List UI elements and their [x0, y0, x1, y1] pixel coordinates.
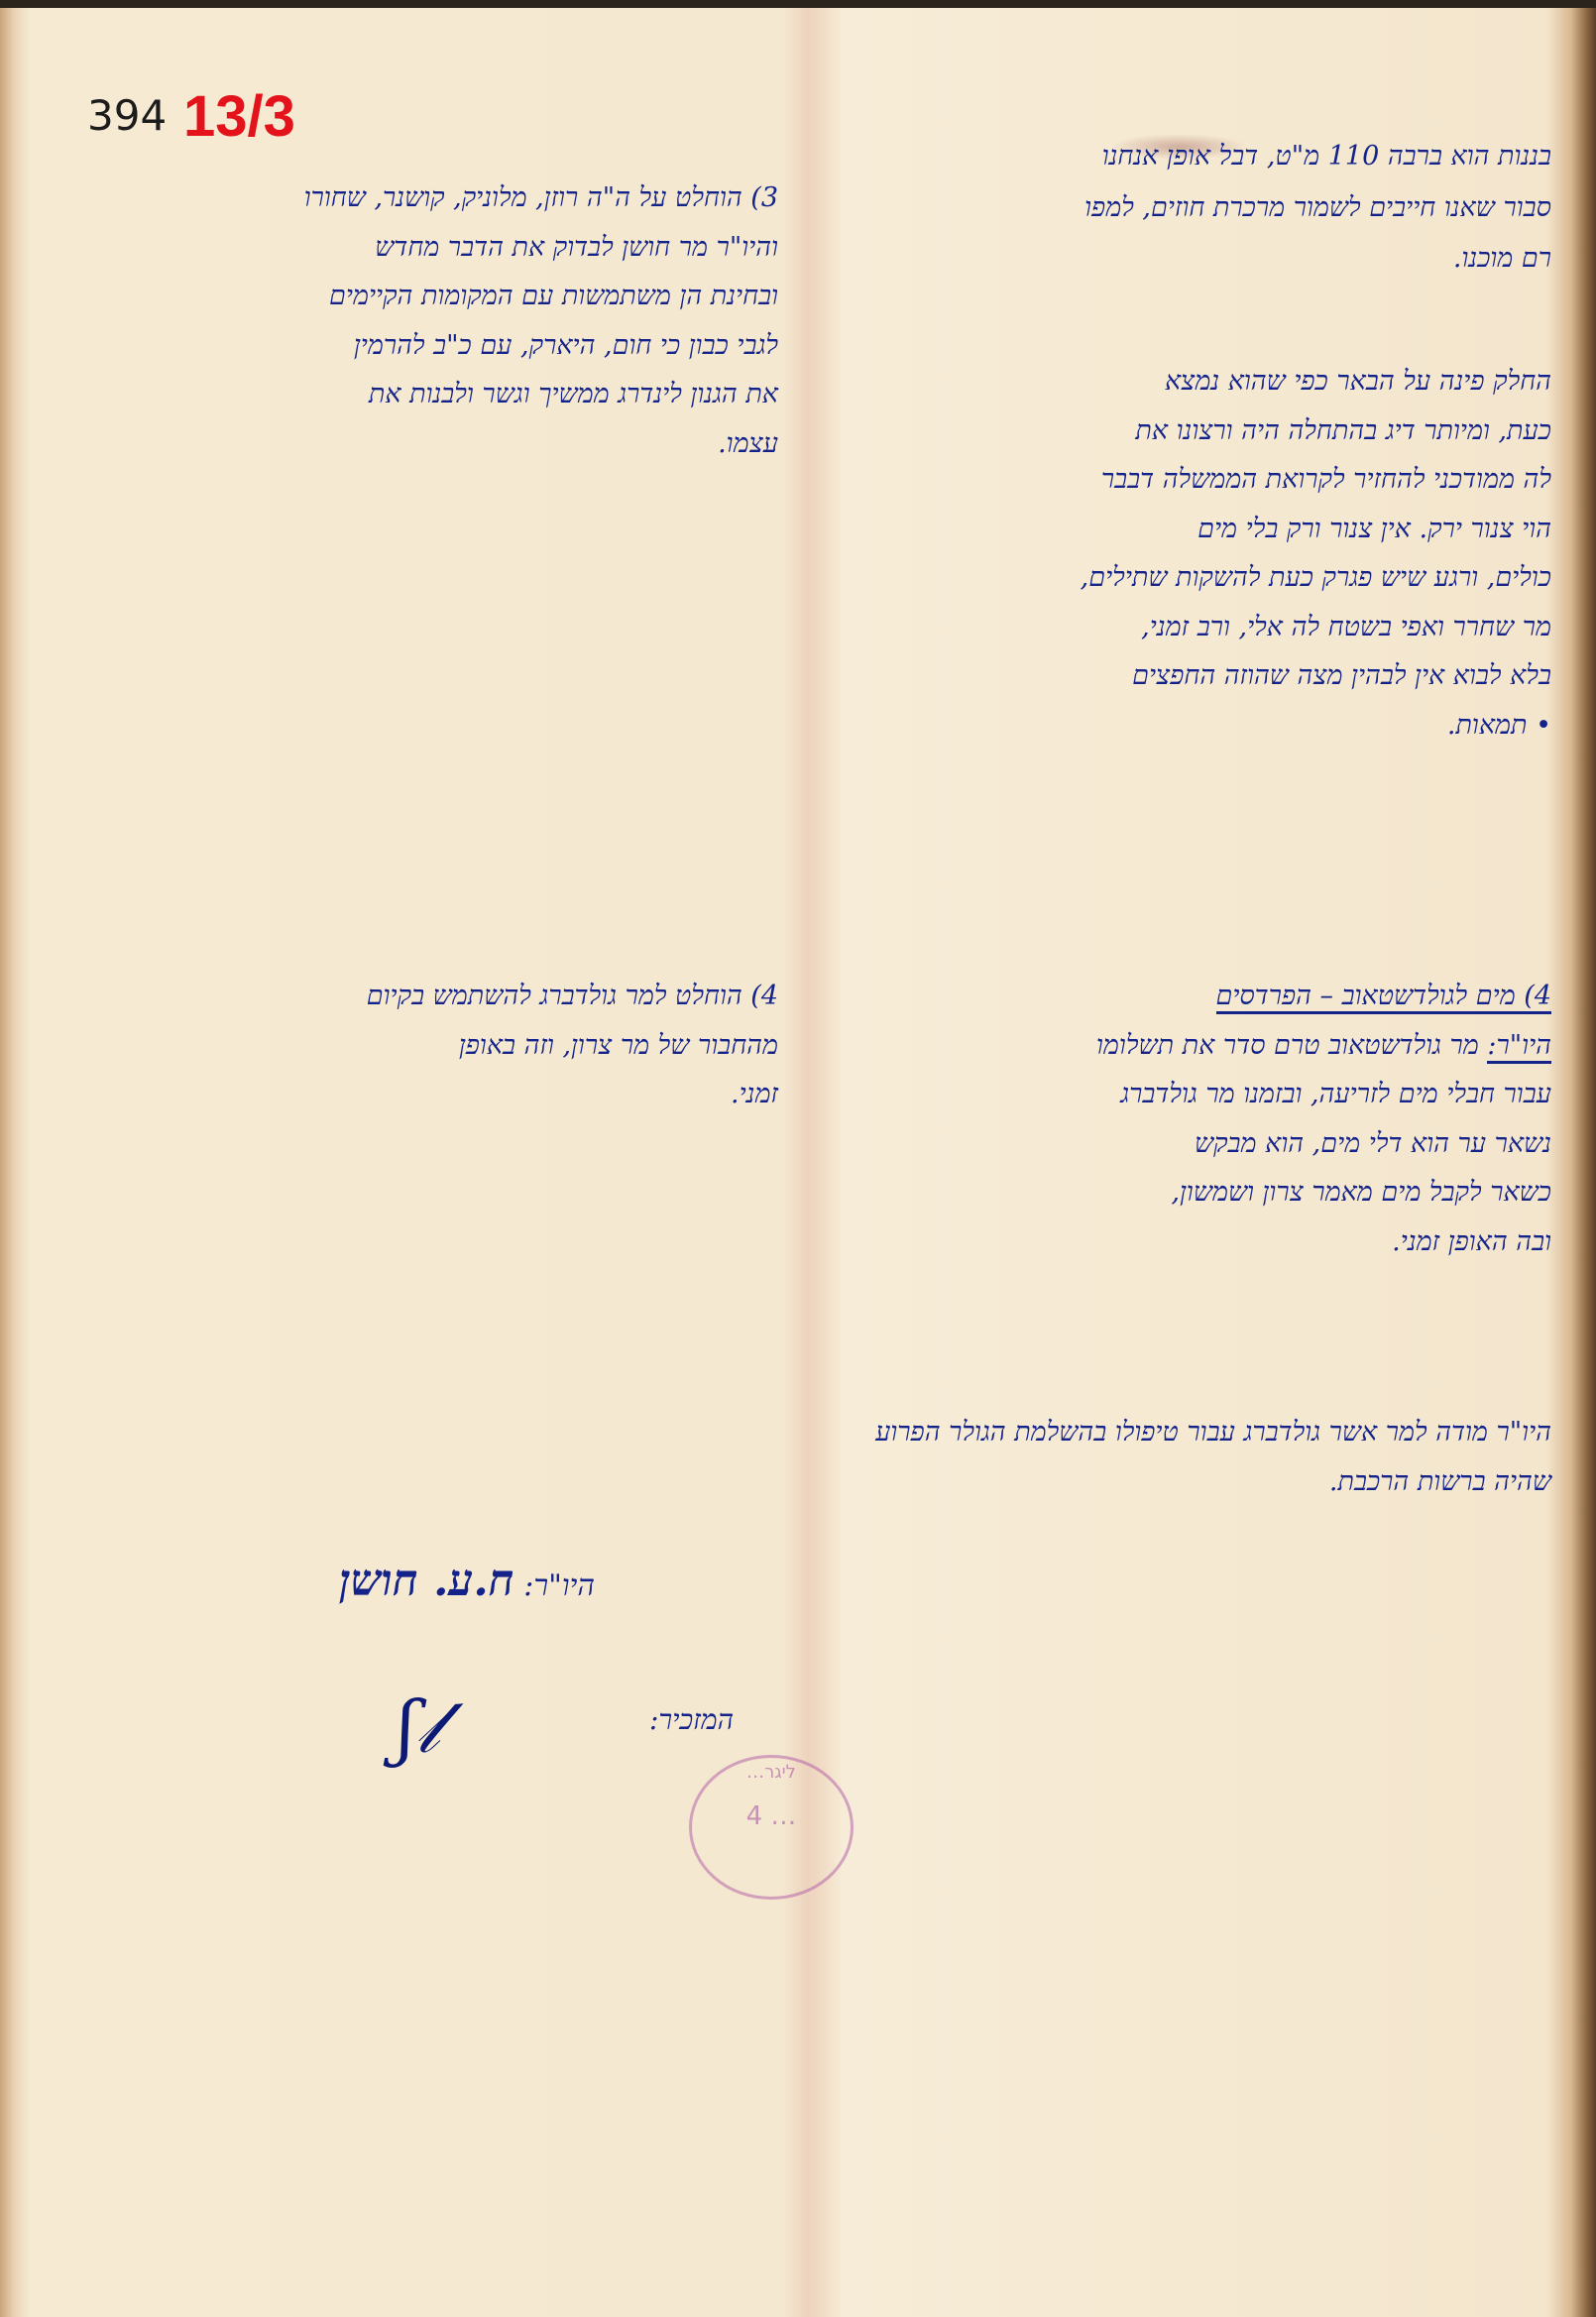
right-column: בננות הוא ברבה 110 מ"ט, דבל אופן אנחנו ס… — [838, 107, 1551, 308]
text-line: לגבי כבון כי חום, היארק, עם כ"ב להרמין — [45, 321, 778, 371]
text-line: כשאר לקבל מים מאמר צרון ושמשון, — [818, 1168, 1551, 1217]
text-line: זמני. — [45, 1070, 778, 1119]
text-line: נשאר ער הוא דלי מים, הוא מבקש — [818, 1119, 1551, 1169]
stamp-top-text: …ליגר — [692, 1758, 851, 1788]
secretary-signature: ʃ𝓁 — [397, 1685, 439, 1771]
text-line: החלק פינה על הבאר כפי שהוא נמצא — [818, 357, 1551, 406]
secretary-sign-line: המזכיר: — [555, 1690, 734, 1750]
section-heading-line: 4) מים לגולדשטאוב – הפרדסים — [818, 972, 1551, 1021]
date-mark: 13/3 — [183, 83, 295, 150]
text-line: ובה האופן זמני. — [818, 1217, 1551, 1267]
section-4-left: 4) הוחלט למר גולדברג להשתמש בקיום מהחבור… — [45, 972, 778, 1119]
text-line: והיו"ר מר חושן לבדוק את הדבר מחדש — [45, 223, 778, 273]
text-line: • תמאות. — [818, 701, 1551, 751]
text-line: מהחבור של מר צרון, וזה באופן — [45, 1021, 778, 1071]
section-3-left: 3) הוחלט על ה"ה רוזן, מלוניק, קושנר, שחו… — [45, 174, 778, 468]
text-line: 3) הוחלט על ה"ה רוזן, מלוניק, קושנר, שחו… — [45, 174, 778, 223]
page-number: 394 — [87, 91, 167, 140]
chair-name: ח.ע. חושן — [339, 1556, 514, 1606]
text-line: שהיה ברשות הרכבת. — [104, 1457, 1551, 1507]
speaker-text: מר גולדשטאוב טרם סדר את תשלומו — [1096, 1030, 1479, 1061]
text-line: הוי צנור ירק. אין צנור ורק בלי מים — [818, 505, 1551, 554]
section-heading: 4) מים לגולדשטאוב – הפרדסים — [1216, 981, 1552, 1014]
text-line: בלא לבוא אין לבהין מצה שהוזה החפצים — [818, 651, 1551, 701]
closing-note: היו"ר מודה למר אשר גולדברג עבור טיפולו ב… — [104, 1408, 1551, 1506]
text-line: עצמו. — [45, 419, 778, 469]
text-line: כעת, ומיותר דיג בהתחלה היה ורצונו את — [818, 406, 1551, 456]
text-line: לה ממודכני להחזיר לקרואת הממשלה דבבר — [818, 455, 1551, 505]
secretary-label: המזכיר: — [649, 1703, 734, 1736]
rubber-stamp: …ליגר 4 … — [689, 1755, 854, 1900]
text-line: ובחינת הן משתמשות עם המקומות הקיימים — [45, 272, 778, 321]
stamp-center-text: 4 … — [692, 1801, 851, 1831]
chair-label: היו"ר: — [523, 1568, 595, 1603]
section-4-right: 4) מים לגולדשטאוב – הפרדסים היו"ר: מר גו… — [818, 972, 1551, 1266]
speaker-label: היו"ר: — [1487, 1030, 1551, 1064]
text-line: היו"ר: מר גולדשטאוב טרם סדר את תשלומו — [818, 1021, 1551, 1071]
text-line: את הגנון לינדרג ממשיך וגשר ולבנות את — [45, 370, 778, 419]
text-line: היו"ר מודה למר אשר גולדברג עבור טיפולו ב… — [104, 1408, 1551, 1457]
text-line: מר שחרר ואפי בשטח לה אלי, ורב זמני, — [818, 603, 1551, 652]
chair-sign-line: היו"ר: ח.ע. חושן — [178, 1552, 595, 1616]
text-line: כולים, ורגע שיש פגרק כעת להשקות שתילים, — [818, 553, 1551, 603]
right-paragraph: החלק פינה על הבאר כפי שהוא נמצא כעת, ומי… — [818, 357, 1551, 750]
text-line: 4) הוחלט למר גולדברג להשתמש בקיום — [45, 972, 778, 1021]
text-line: עבור חבלי מים לזריעה, ובזמנו מר גולדברג — [818, 1070, 1551, 1119]
